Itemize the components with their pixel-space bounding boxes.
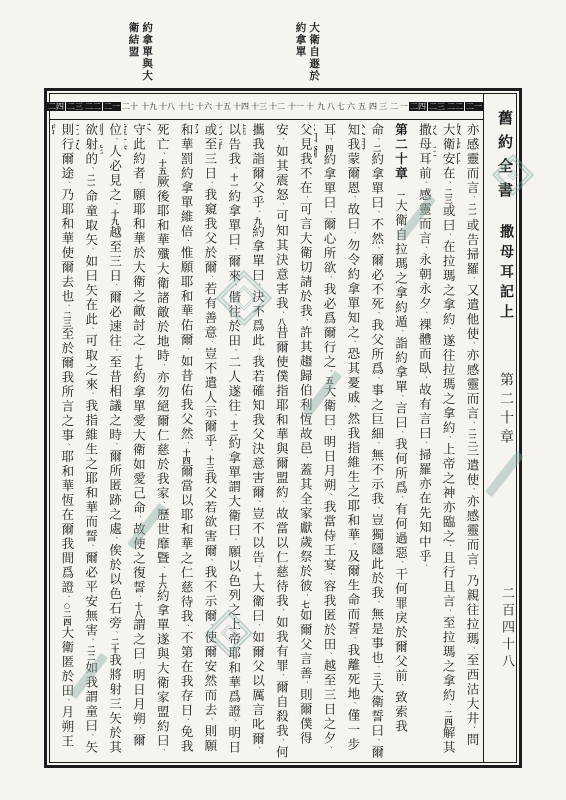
verse-number: 十九 xyxy=(140,102,158,111)
verse-number-slot: 二三 xyxy=(378,102,399,111)
verse-marker: 一 xyxy=(397,191,406,199)
text-column: 或至三日、我窺我父於爾、若有善意、豈不遣人示爾乎、十三我父若欲害爾、我不示爾、使… xyxy=(195,123,219,760)
text-column: 攜我詣爾父乎、九約拿單曰、決不爲此、我若確知我父決意害爾、豈不以告、十大衛曰、如… xyxy=(243,123,267,760)
verse-number-slot: 九十 xyxy=(305,102,326,111)
verse-number: 四 xyxy=(368,102,378,111)
verse-marker: 二三 xyxy=(444,188,453,204)
verse-marker: 十二 xyxy=(230,421,239,437)
verse-marker: 六 xyxy=(314,123,316,131)
text-column: 命、二約拿單曰、不然、爾必不死、我父所爲、事之巨細、無不示我、豈獨隱此於我、無是… xyxy=(362,123,386,760)
verse-marker: 二四 xyxy=(444,710,453,726)
text-column: 父見我不在、可言大衛切請於我、許其趨歸伯利恆故邑、蓋其全家獻歲祭於彼、七如爾父言… xyxy=(290,123,314,760)
verse-number: 十二 xyxy=(268,102,286,111)
verse-marker: 十七 xyxy=(134,355,143,371)
verse-number: 二三 xyxy=(428,102,446,111)
verse-number-slot: 二三二四 xyxy=(47,102,84,111)
margin-note-col: 約拿單 xyxy=(294,22,306,82)
verse-number-slot: 二一二二 xyxy=(446,102,483,111)
verse-number-slot: 七 xyxy=(336,102,346,111)
verse-number: 六 xyxy=(346,102,356,111)
verse-number-slot: 十九二十 xyxy=(121,102,158,111)
book-title: 舊約全書 xyxy=(484,110,516,206)
verse-number-slot: 十四 xyxy=(232,102,250,111)
verse-number-slot: 四五六 xyxy=(346,102,378,111)
title-margin-column: 舊約全書 撒母耳記上 第二十章 二百四十八 xyxy=(483,94,516,762)
text-columns: 亦感靈而言、二一或告掃羅、又遣他使、亦感靈而言、二二三遣使、亦感靈而言、乃親往拉… xyxy=(50,120,483,762)
verse-marker: 二一 xyxy=(468,203,477,219)
verse-number-slot: 十七十八 xyxy=(158,102,195,111)
verse-number: 十 xyxy=(305,102,315,111)
verse-number: 二十 xyxy=(121,102,139,111)
verse-number: 十一 xyxy=(287,102,305,111)
verse-number-slot: 十五十六 xyxy=(195,102,232,111)
verse-marker: 二二 xyxy=(87,645,96,661)
verse-marker: 二 xyxy=(373,145,382,153)
verse-marker: 四 xyxy=(325,145,334,153)
text-column: 亦感靈而言、二一或告掃羅、又遣他使、亦感靈而言、二二三遣使、亦感靈而言、乃親往拉… xyxy=(457,123,481,760)
verse-number: 二二 xyxy=(446,102,464,111)
text-column: 撒母耳前、感靈而言、永朝永夕、裸體而臥、故有言曰、掃羅亦在先知中乎、 xyxy=(410,123,434,760)
verse-number: 十六 xyxy=(195,102,213,111)
verse-marker: 三 xyxy=(373,673,382,681)
verse-number: 七 xyxy=(336,102,346,111)
verse-number-row: 二一二二二三二四一二三四五六七八九十十一十二十三十四十五十六十七十八十九二十二一… xyxy=(50,94,483,120)
margin-note-david-flees: 大衛自遯於 約拿單 xyxy=(294,22,319,82)
verse-number: 九 xyxy=(316,102,326,111)
verse-marker: 二四 xyxy=(63,610,72,626)
verse-number: 十四 xyxy=(232,102,250,111)
text-column: 欲射的、二一命童取矢、如曰矢在此、可取之來、我指維生之耶和華而誓、爾必平安無害、… xyxy=(76,123,100,760)
verse-marker: 八 xyxy=(277,318,286,326)
verse-marker: 十八 xyxy=(134,602,143,618)
verse-number: 二一 xyxy=(103,102,121,111)
verse-marker: 十 xyxy=(254,572,263,580)
margin-note-col: 約拿單與大 xyxy=(141,22,153,82)
text-column: 耳、四約拿單曰、爾心所欲、我必爲爾行之、五大衛曰、明日月朔、我當侍王宴、容我匿於… xyxy=(314,123,338,760)
verse-number: 二 xyxy=(389,102,399,111)
verse-number: 二一 xyxy=(465,102,483,111)
verse-number-slot: 十一十二 xyxy=(268,102,305,111)
verse-number: 八 xyxy=(326,102,336,111)
verse-number: 十五 xyxy=(214,102,232,111)
text-column: 守此約者、願耶和華於大衛之敵討之、十七約拿單愛大衛如愛己命、故使之復誓、十八謂之… xyxy=(124,123,148,760)
verse-marker: 二一 xyxy=(87,174,96,190)
verse-marker: 十九 xyxy=(111,210,120,226)
verse-number-slot: 十三 xyxy=(250,102,268,111)
verse-number: 二四 xyxy=(47,102,65,111)
page-number: 二百四十八 xyxy=(484,586,516,671)
verse-number: 二三 xyxy=(66,102,84,111)
verse-number: 三 xyxy=(378,102,388,111)
chapter-heading: 第二十章 xyxy=(394,123,409,181)
margin-note-col: 大衛自遯於 xyxy=(308,22,320,82)
verse-marker: 十四 xyxy=(182,449,191,465)
verse-marker: 七 xyxy=(301,601,310,609)
verse-marker: 十六 xyxy=(158,573,167,589)
text-column: 第二十章一大衛自拉瑪之拿約遁、詣約拿單、言曰、我何所爲、有何過惡、干何罪戾於爾父… xyxy=(386,123,410,760)
verse-number: 一 xyxy=(399,102,409,111)
verse-marker: 十一 xyxy=(230,174,239,190)
verse-number: 五 xyxy=(357,102,367,111)
verse-number-slot: 一 xyxy=(399,102,409,111)
verse-marker: 十三 xyxy=(206,456,215,472)
verse-number: 二二 xyxy=(84,102,102,111)
text-column: 安、如其震怒、可知其決意害我、八昔爾使僕指耶和華與爾盟約、故當以仁慈待我、如我有… xyxy=(267,123,291,760)
text-column: 位、人必見之、十九越至三日、爾必速往、至昔相議之時、爾所匿跡之處、俟於以色石旁、… xyxy=(100,123,124,760)
page-frame-inner: 二一二二二三二四一二三四五六七八九十十一十二十三十四十五十六十七十八十九二十二一… xyxy=(49,93,517,763)
verse-marker: 九 xyxy=(254,217,263,225)
text-column: 死亡、十五厥後耶和華殲大衛諸敵於地時、亦勿絕爾仁慈於我家、歷世靡曁、十六約拿單遂… xyxy=(147,123,171,760)
verse-number: 十八 xyxy=(158,102,176,111)
verse-number: 二四 xyxy=(409,102,427,111)
section-title: 撒母耳記上 xyxy=(484,224,516,324)
page-frame: 二一二二二三二四一二三四五六七八九十十一十二十三十四十五十六十七十八十九二十二一… xyxy=(44,88,522,768)
verse-marker: 五 xyxy=(325,377,334,385)
verse-number-slot: 二三二四 xyxy=(409,102,446,111)
margin-note-jonathan-covenant: 約拿單與大 衛結盟 xyxy=(127,22,152,82)
verse-number: 十三 xyxy=(250,102,268,111)
verse-marker: 二二 xyxy=(468,428,477,444)
verse-number: 十七 xyxy=(177,102,195,111)
text-column: 知我蒙爾恩、故曰、勿令約拿單知之、恐其憂戚、然我指維生之耶和華、及爾生命而誓、我… xyxy=(338,123,362,760)
verse-marker: 二十 xyxy=(111,638,120,654)
verse-marker: 二三 xyxy=(63,311,72,327)
verse-number-slot: 二一二二 xyxy=(84,102,121,111)
margin-note-col: 衛結盟 xyxy=(127,22,139,82)
text-body: 二一二二二三二四一二三四五六七八九十十一十二十三十四十五十六十七十八十九二十二一… xyxy=(50,94,483,762)
verse-marker: 十五 xyxy=(158,159,167,175)
chapter-title: 第二十章 xyxy=(484,372,516,448)
text-column: 和華罰約拿單維倍、惟願耶和華佑爾、如昔佑我父然、十四爾當以耶和華之仁慈待我、不第… xyxy=(171,123,195,760)
text-column: 大衛安在、二三或曰、在拉瑪之拿約、遂往拉瑪之拿約、上帝之神亦臨之、且行且言、至拉… xyxy=(433,123,457,760)
verse-number-slot: 八 xyxy=(326,102,336,111)
text-column: 以告我、十一約拿單曰、爾來、偕往於田、二人遂往、十二約拿單謂大衛曰、願以色列之上… xyxy=(219,123,243,760)
text-column: 則行爾途、乃耶和華使爾去也、二三至於爾我所言之事、耶和華恆在爾我間爲證、○二四大… xyxy=(52,123,76,760)
